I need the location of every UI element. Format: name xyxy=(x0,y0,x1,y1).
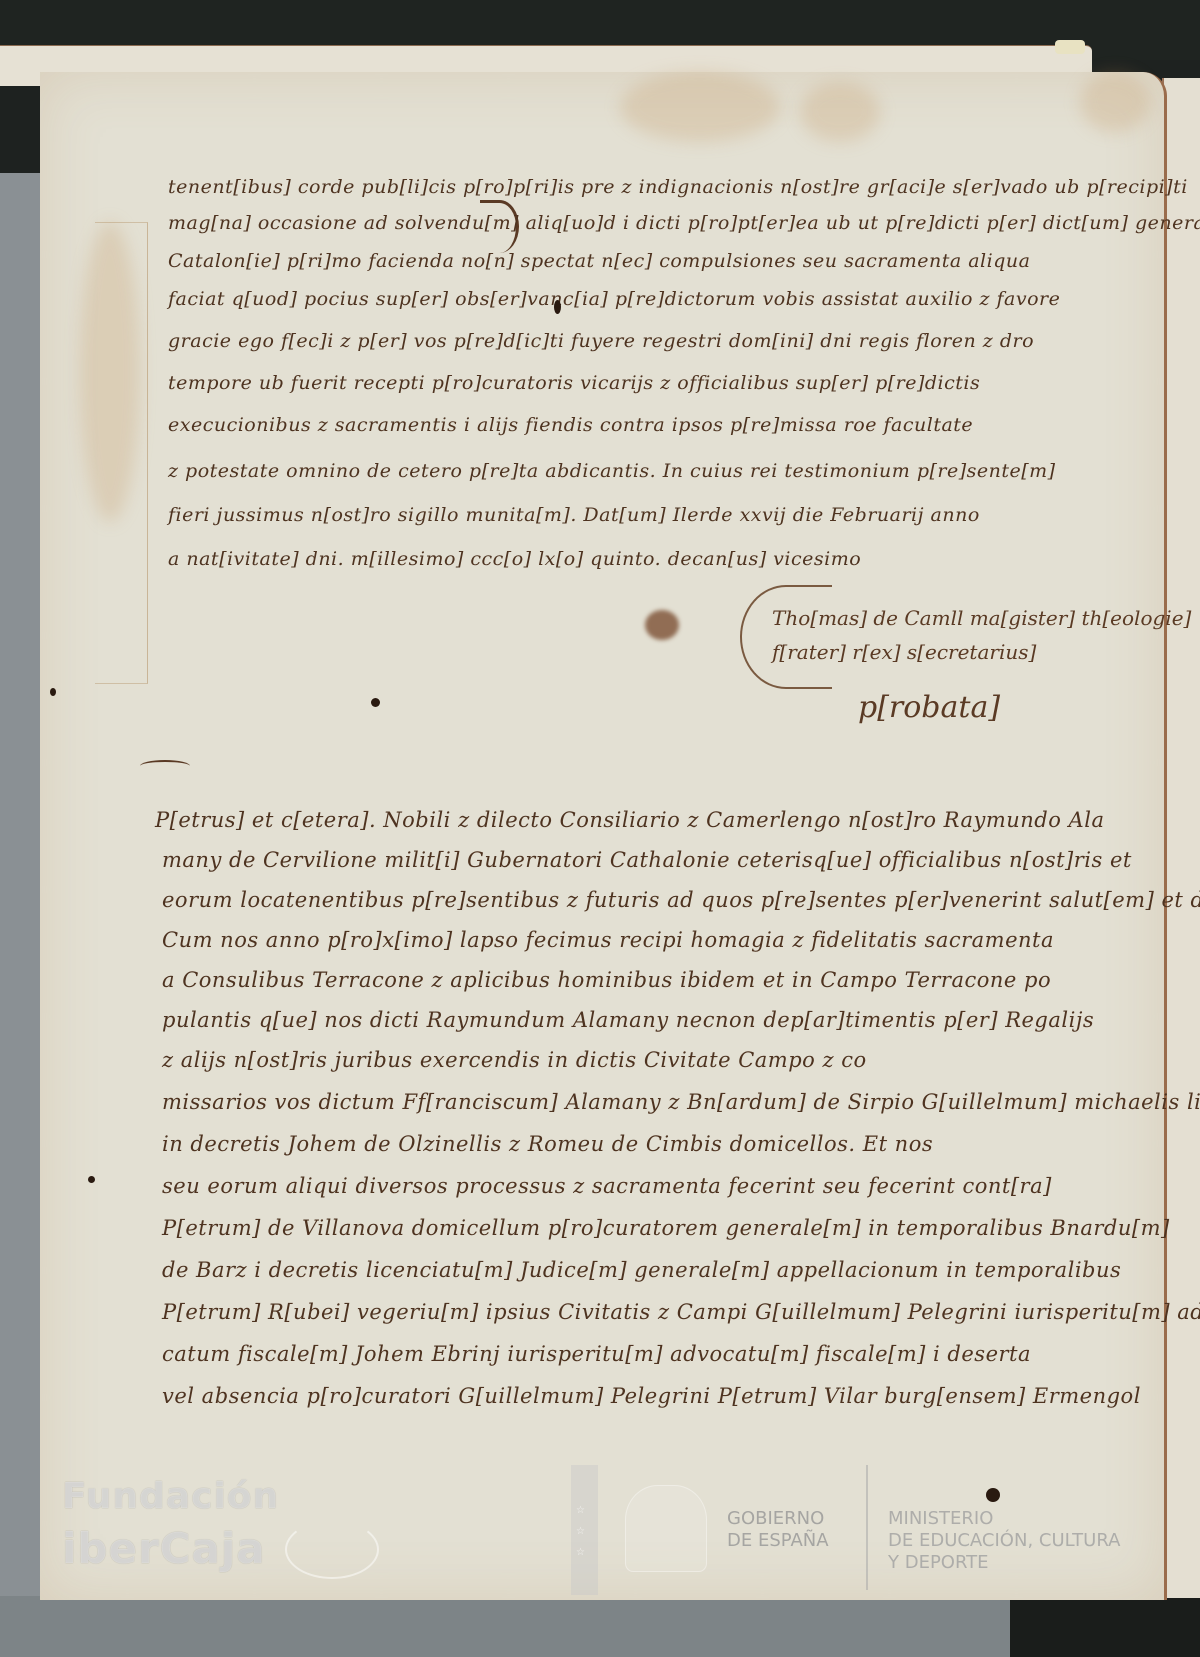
text-line: P[etrus] et c[etera]. Nobili z dilecto C… xyxy=(155,808,1104,832)
text-line: tenent[ibus] corde pub[li]cis p[ro]p[ri]… xyxy=(168,176,1188,198)
ink-mark xyxy=(371,698,380,707)
repair-strip xyxy=(95,222,148,684)
foxing-stain xyxy=(800,82,880,142)
text-line: in decretis Johem de Olzinellis z Romeu … xyxy=(162,1132,933,1156)
binding-thread xyxy=(1055,40,1085,54)
text-line: seu eorum aliqui diversos processus z sa… xyxy=(162,1174,1052,1198)
gobierno-line2: DE ESPAÑA xyxy=(727,1530,829,1552)
star-icon: ☆ xyxy=(576,1505,585,1516)
gobierno-watermark: GOBIERNO DE ESPAÑA xyxy=(727,1508,829,1552)
text-line: mag[na] occasione ad solvendu[m] aliq[uo… xyxy=(168,212,1200,234)
text-line: gracie ego f[ec]i z p[er] vos p[re]d[ic]… xyxy=(168,330,1034,352)
text-line: fieri jussimus n[ost]ro sigillo munita[m… xyxy=(168,504,980,526)
ministerio-line2: DE EDUCACIÓN, CULTURA xyxy=(888,1530,1120,1552)
text-line: de Barz i decretis licenciatu[m] Judice[… xyxy=(162,1258,1121,1282)
text-line: many de Cervilione milit[i] Gubernatori … xyxy=(162,848,1132,872)
signature-flourish xyxy=(740,585,832,689)
text-line: execucionibus z sacramentis i alijs fien… xyxy=(168,414,973,436)
text-line: faciat q[uod] pocius sup[er] obs[er]vanc… xyxy=(168,288,1060,310)
text-line: vel absencia p[ro]curatori G[uillelmum] … xyxy=(162,1384,1141,1408)
text-line: Cum nos anno p[ro]x[imo] lapso fecimus r… xyxy=(162,928,1054,952)
foxing-stain xyxy=(620,72,780,142)
text-line: a Consulibus Terracone z aplicibus homin… xyxy=(162,968,1051,992)
star-icon: ☆ xyxy=(576,1547,585,1558)
text-line: eorum locatenentibus p[re]sentibus z fut… xyxy=(162,888,1200,912)
signature-line: Tho[mas] de Camll ma[gister] th[eologie] xyxy=(772,606,1191,630)
gray-mount-bottom xyxy=(0,1596,1010,1657)
text-line: z potestate omnino de cetero p[re]ta abd… xyxy=(168,460,1056,482)
text-line: tempore ub fuerit recepti p[ro]curatoris… xyxy=(168,372,980,394)
foxing-stain xyxy=(1080,72,1150,132)
coat-of-arms-icon xyxy=(625,1485,707,1572)
star-icon: ☆ xyxy=(576,1526,585,1537)
ministerio-watermark: MINISTERIO DE EDUCACIÓN, CULTURA Y DEPOR… xyxy=(888,1508,1120,1574)
ink-mark xyxy=(986,1488,1000,1502)
dark-backdrop-bottom xyxy=(1010,1598,1200,1657)
text-line: Catalon[ie] p[ri]mo facienda no[n] spect… xyxy=(168,250,1030,272)
ibercaja-watermark-line2: iberCaja xyxy=(62,1524,266,1573)
text-line: a nat[ivitate] dni. m[illesimo] ccc[o] l… xyxy=(168,548,861,570)
signature-mark: p[robata] xyxy=(858,690,1000,725)
adjacent-leaf xyxy=(1162,78,1200,1598)
ibercaja-logo-icon xyxy=(285,1520,379,1579)
ink-mark xyxy=(88,1176,95,1183)
gray-mount-left xyxy=(0,173,44,1657)
ministerio-line1: MINISTERIO xyxy=(888,1508,1120,1530)
text-line: missarios vos dictum Ff[ranciscum] Alama… xyxy=(162,1090,1200,1114)
ink-blot xyxy=(645,610,679,640)
text-line: catum fiscale[m] Johem Ebrinj iurisperit… xyxy=(162,1342,1031,1366)
text-line: z alijs n[ost]ris juribus exercendis in … xyxy=(162,1048,867,1072)
ink-mark xyxy=(554,300,561,314)
gobierno-line1: GOBIERNO xyxy=(727,1508,829,1530)
text-line: P[etrum] R[ubei] vegeriu[m] ipsius Civit… xyxy=(162,1300,1200,1324)
flourish-stroke xyxy=(140,760,190,772)
ministerio-line3: Y DEPORTE xyxy=(888,1552,1120,1574)
ibercaja-watermark-line1: Fundación xyxy=(62,1476,279,1517)
text-line: P[etrum] de Villanova domicellum p[ro]cu… xyxy=(162,1216,1170,1240)
signature-line: f[rater] r[ex] s[ecretarius] xyxy=(772,640,1036,664)
text-line: pulantis q[ue] nos dicti Raymundum Alama… xyxy=(162,1008,1094,1032)
ink-mark xyxy=(50,688,56,696)
watermark-divider xyxy=(866,1465,868,1590)
